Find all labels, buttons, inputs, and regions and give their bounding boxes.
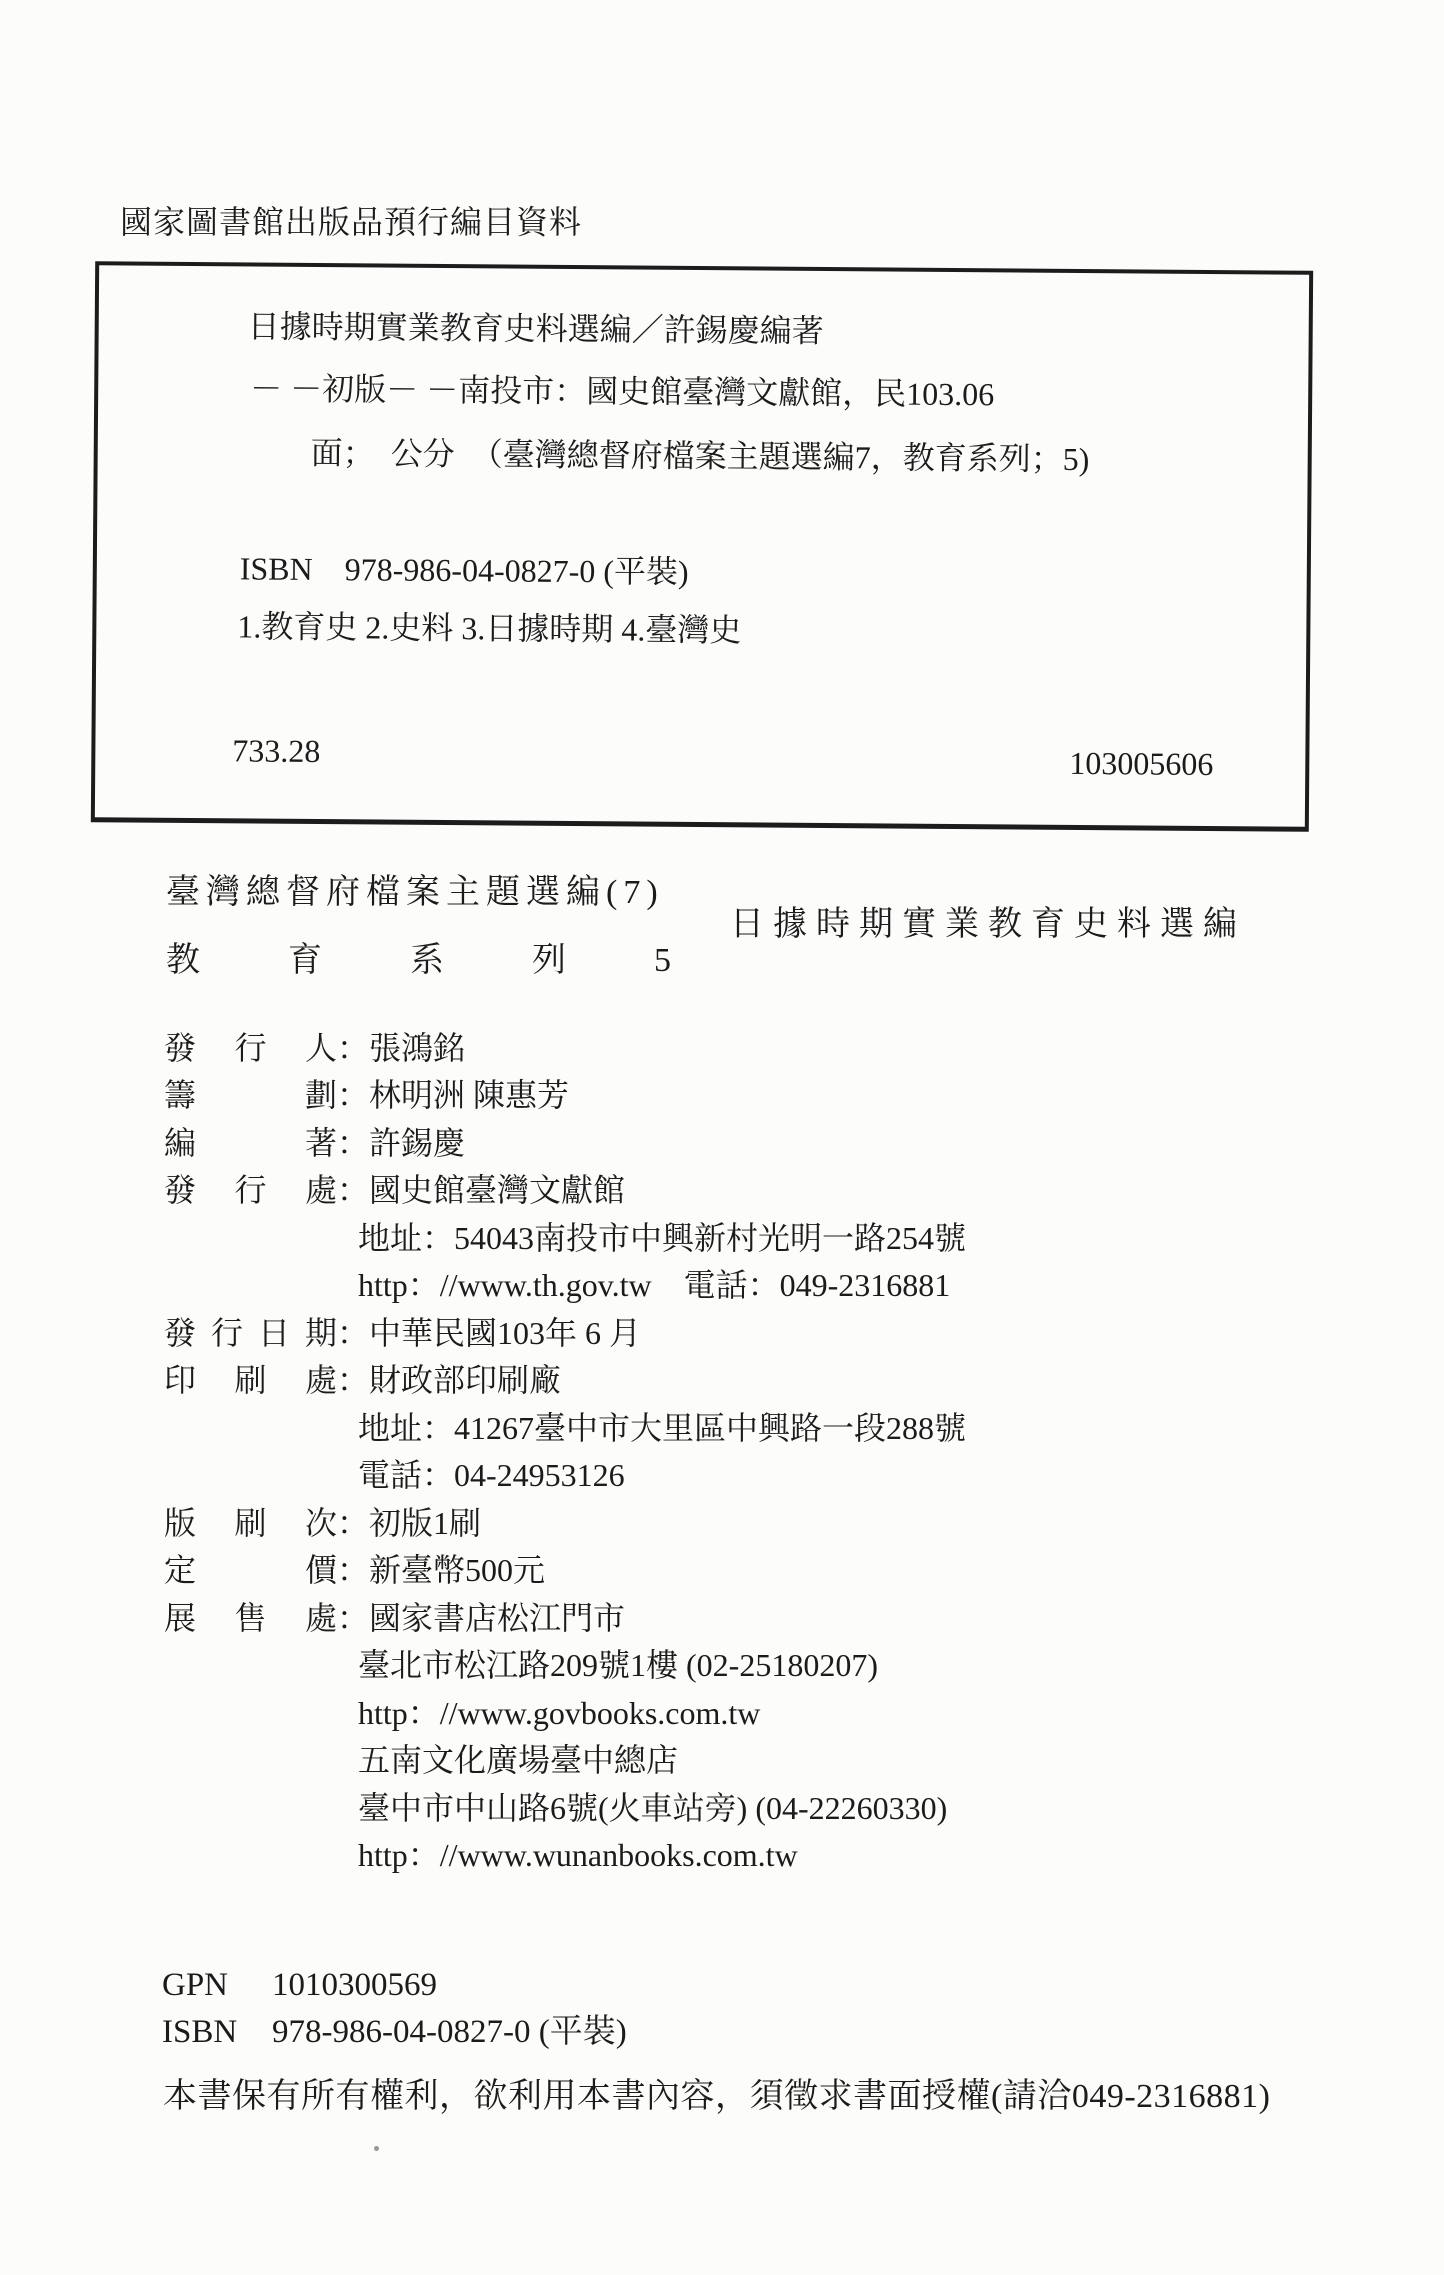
colophon-row-sales: 展售處：國家書店松江門市 [164, 1592, 1364, 1640]
field-label: 籌劃 [164, 1070, 337, 1116]
field-value: 張鴻銘 [369, 1023, 465, 1069]
cip-title-line: 日據時期實業教育史料選編／許錫慶編著 [248, 310, 824, 347]
colophon-row-price: 定價：新臺幣500元 [164, 1545, 1364, 1593]
series-title: 臺灣總督府檔案主題選編(7) [166, 876, 664, 910]
gpn-line: GPN 1010300569 [162, 1962, 437, 2009]
colophon-list: 發行人：張鴻銘 籌劃：林明洲 陳惠芳 編著：許錫慶 發行處：國史館臺灣文獻館 地… [164, 1022, 1364, 1877]
colophon-row-pub-date: 發行日期：中華民國103年 6 月 [164, 1307, 1364, 1355]
cip-collation-line: 面； 公分 （臺灣總督府檔案主題選編7，教育系列；5) [311, 437, 1090, 475]
cip-record-number: 103005606 [1069, 747, 1213, 780]
colophon-page: 國家圖書館出版品預行編目資料 日據時期實業教育史料選編／許錫慶編著 － －初版－… [0, 0, 1444, 2275]
field-colon: ： [337, 1023, 369, 1069]
field-value: 中華民國103年 6 月 [369, 1308, 641, 1354]
field-label: 展售處 [164, 1593, 337, 1639]
field-label: 發行處 [164, 1165, 337, 1211]
field-colon: ： [337, 1165, 369, 1211]
indent-text: 地址：54043南投市中興新村光明一路254號 [358, 1213, 966, 1259]
gpn-number: 1010300569 [272, 1969, 437, 2002]
series-subtitle: 教 育 系 列 5 [166, 944, 671, 978]
indent-text: 電話：04-24953126 [358, 1450, 625, 1496]
field-label: 發行人 [164, 1023, 337, 1069]
field-colon: ： [337, 1308, 369, 1354]
isbn-label: ISBN [162, 2016, 272, 2049]
colophon-indent-row: 臺中市中山路6號(火車站旁) (04-22260330) [164, 1782, 1364, 1830]
colophon-row-edition: 版刷次：初版1刷 [164, 1497, 1364, 1545]
field-value: 國家書店松江門市 [369, 1593, 625, 1639]
cip-box: 日據時期實業教育史料選編／許錫慶編著 － －初版－ －南投市：國史館臺灣文獻館，… [91, 261, 1313, 832]
gpn-label: GPN [162, 1969, 272, 2002]
cip-isbn-line: ISBN 978-986-04-0827-0 (平裝) [240, 552, 689, 588]
colophon-row-planners: 籌劃：林明洲 陳惠芳 [164, 1070, 1364, 1118]
field-value: 初版1刷 [369, 1498, 481, 1544]
isbn-line: ISBN 978-986-04-0827-0 (平裝) [162, 2009, 627, 2056]
indent-text: http：//www.th.gov.tw 電話：049-2316881 [358, 1260, 950, 1306]
field-label: 發行日期 [164, 1308, 337, 1354]
colophon-row-issuer: 發行人：張鴻銘 [164, 1022, 1364, 1070]
field-value: 林明洲 陳惠芳 [369, 1070, 569, 1116]
colophon-row-printer: 印刷處：財政部印刷廠 [164, 1355, 1364, 1403]
field-colon: ： [337, 1593, 369, 1639]
field-value: 國史館臺灣文獻館 [369, 1165, 625, 1211]
indent-text: http：//www.wunanbooks.com.tw [358, 1830, 798, 1876]
colophon-indent-row: http：//www.th.gov.tw 電話：049-2316881 [164, 1260, 1364, 1308]
colophon-indent-row: http：//www.wunanbooks.com.tw [164, 1830, 1364, 1878]
field-label: 版刷次 [164, 1498, 337, 1544]
scan-artifact-dot [374, 2146, 379, 2151]
indent-text: 五南文化廣場臺中總店 [358, 1735, 678, 1781]
field-value: 新臺幣500元 [369, 1545, 545, 1591]
isbn-number: 978-986-04-0827-0 (平裝) [272, 2016, 627, 2049]
field-value: 許錫慶 [369, 1118, 465, 1164]
field-colon: ： [337, 1118, 369, 1164]
colophon-indent-row: 地址：54043南投市中興新村光明一路254號 [164, 1212, 1364, 1260]
colophon-indent-row: 五南文化廣場臺中總店 [164, 1735, 1364, 1783]
field-label: 印刷處 [164, 1355, 337, 1401]
colophon-row-editor: 編著：許錫慶 [164, 1117, 1364, 1165]
colophon-indent-row: 電話：04-24953126 [164, 1450, 1364, 1498]
indent-text: 地址：41267臺中市大里區中興路一段288號 [358, 1403, 966, 1449]
colophon-indent-row: 臺北市松江路209號1樓 (02-25180207) [164, 1640, 1364, 1688]
indent-text: http：//www.govbooks.com.tw [358, 1688, 760, 1734]
cip-header: 國家圖書館出版品預行編目資料 [120, 206, 582, 238]
field-label: 編著 [164, 1118, 337, 1164]
field-colon: ： [337, 1355, 369, 1401]
colophon-row-publisher: 發行處：國史館臺灣文獻館 [164, 1165, 1364, 1213]
field-colon: ： [337, 1545, 369, 1591]
book-title: 日據時期實業教育史料選編 [730, 908, 1246, 942]
cip-subjects-line: 1.教育史 2.史料 3.日據時期 4.臺灣史 [237, 610, 741, 646]
indent-text: 臺中市中山路6號(火車站旁) (04-22260330) [358, 1783, 947, 1829]
rights-notice: 本書保有所有權利，欲利用本書內容，須徵求書面授權(請洽049-2316881) [163, 2080, 1270, 2114]
colophon-indent-row: http：//www.govbooks.com.tw [164, 1687, 1364, 1735]
cip-class-number: 733.28 [232, 734, 320, 767]
colophon-indent-row: 地址：41267臺中市大里區中興路一段288號 [164, 1402, 1364, 1450]
field-colon: ： [337, 1498, 369, 1544]
field-label: 定價 [164, 1545, 337, 1591]
field-colon: ： [337, 1070, 369, 1116]
cip-edition-line: － －初版－ －南投市：國史館臺灣文獻館，民103.06 [250, 372, 994, 410]
field-value: 財政部印刷廠 [369, 1355, 561, 1401]
indent-text: 臺北市松江路209號1樓 (02-25180207) [358, 1640, 878, 1686]
